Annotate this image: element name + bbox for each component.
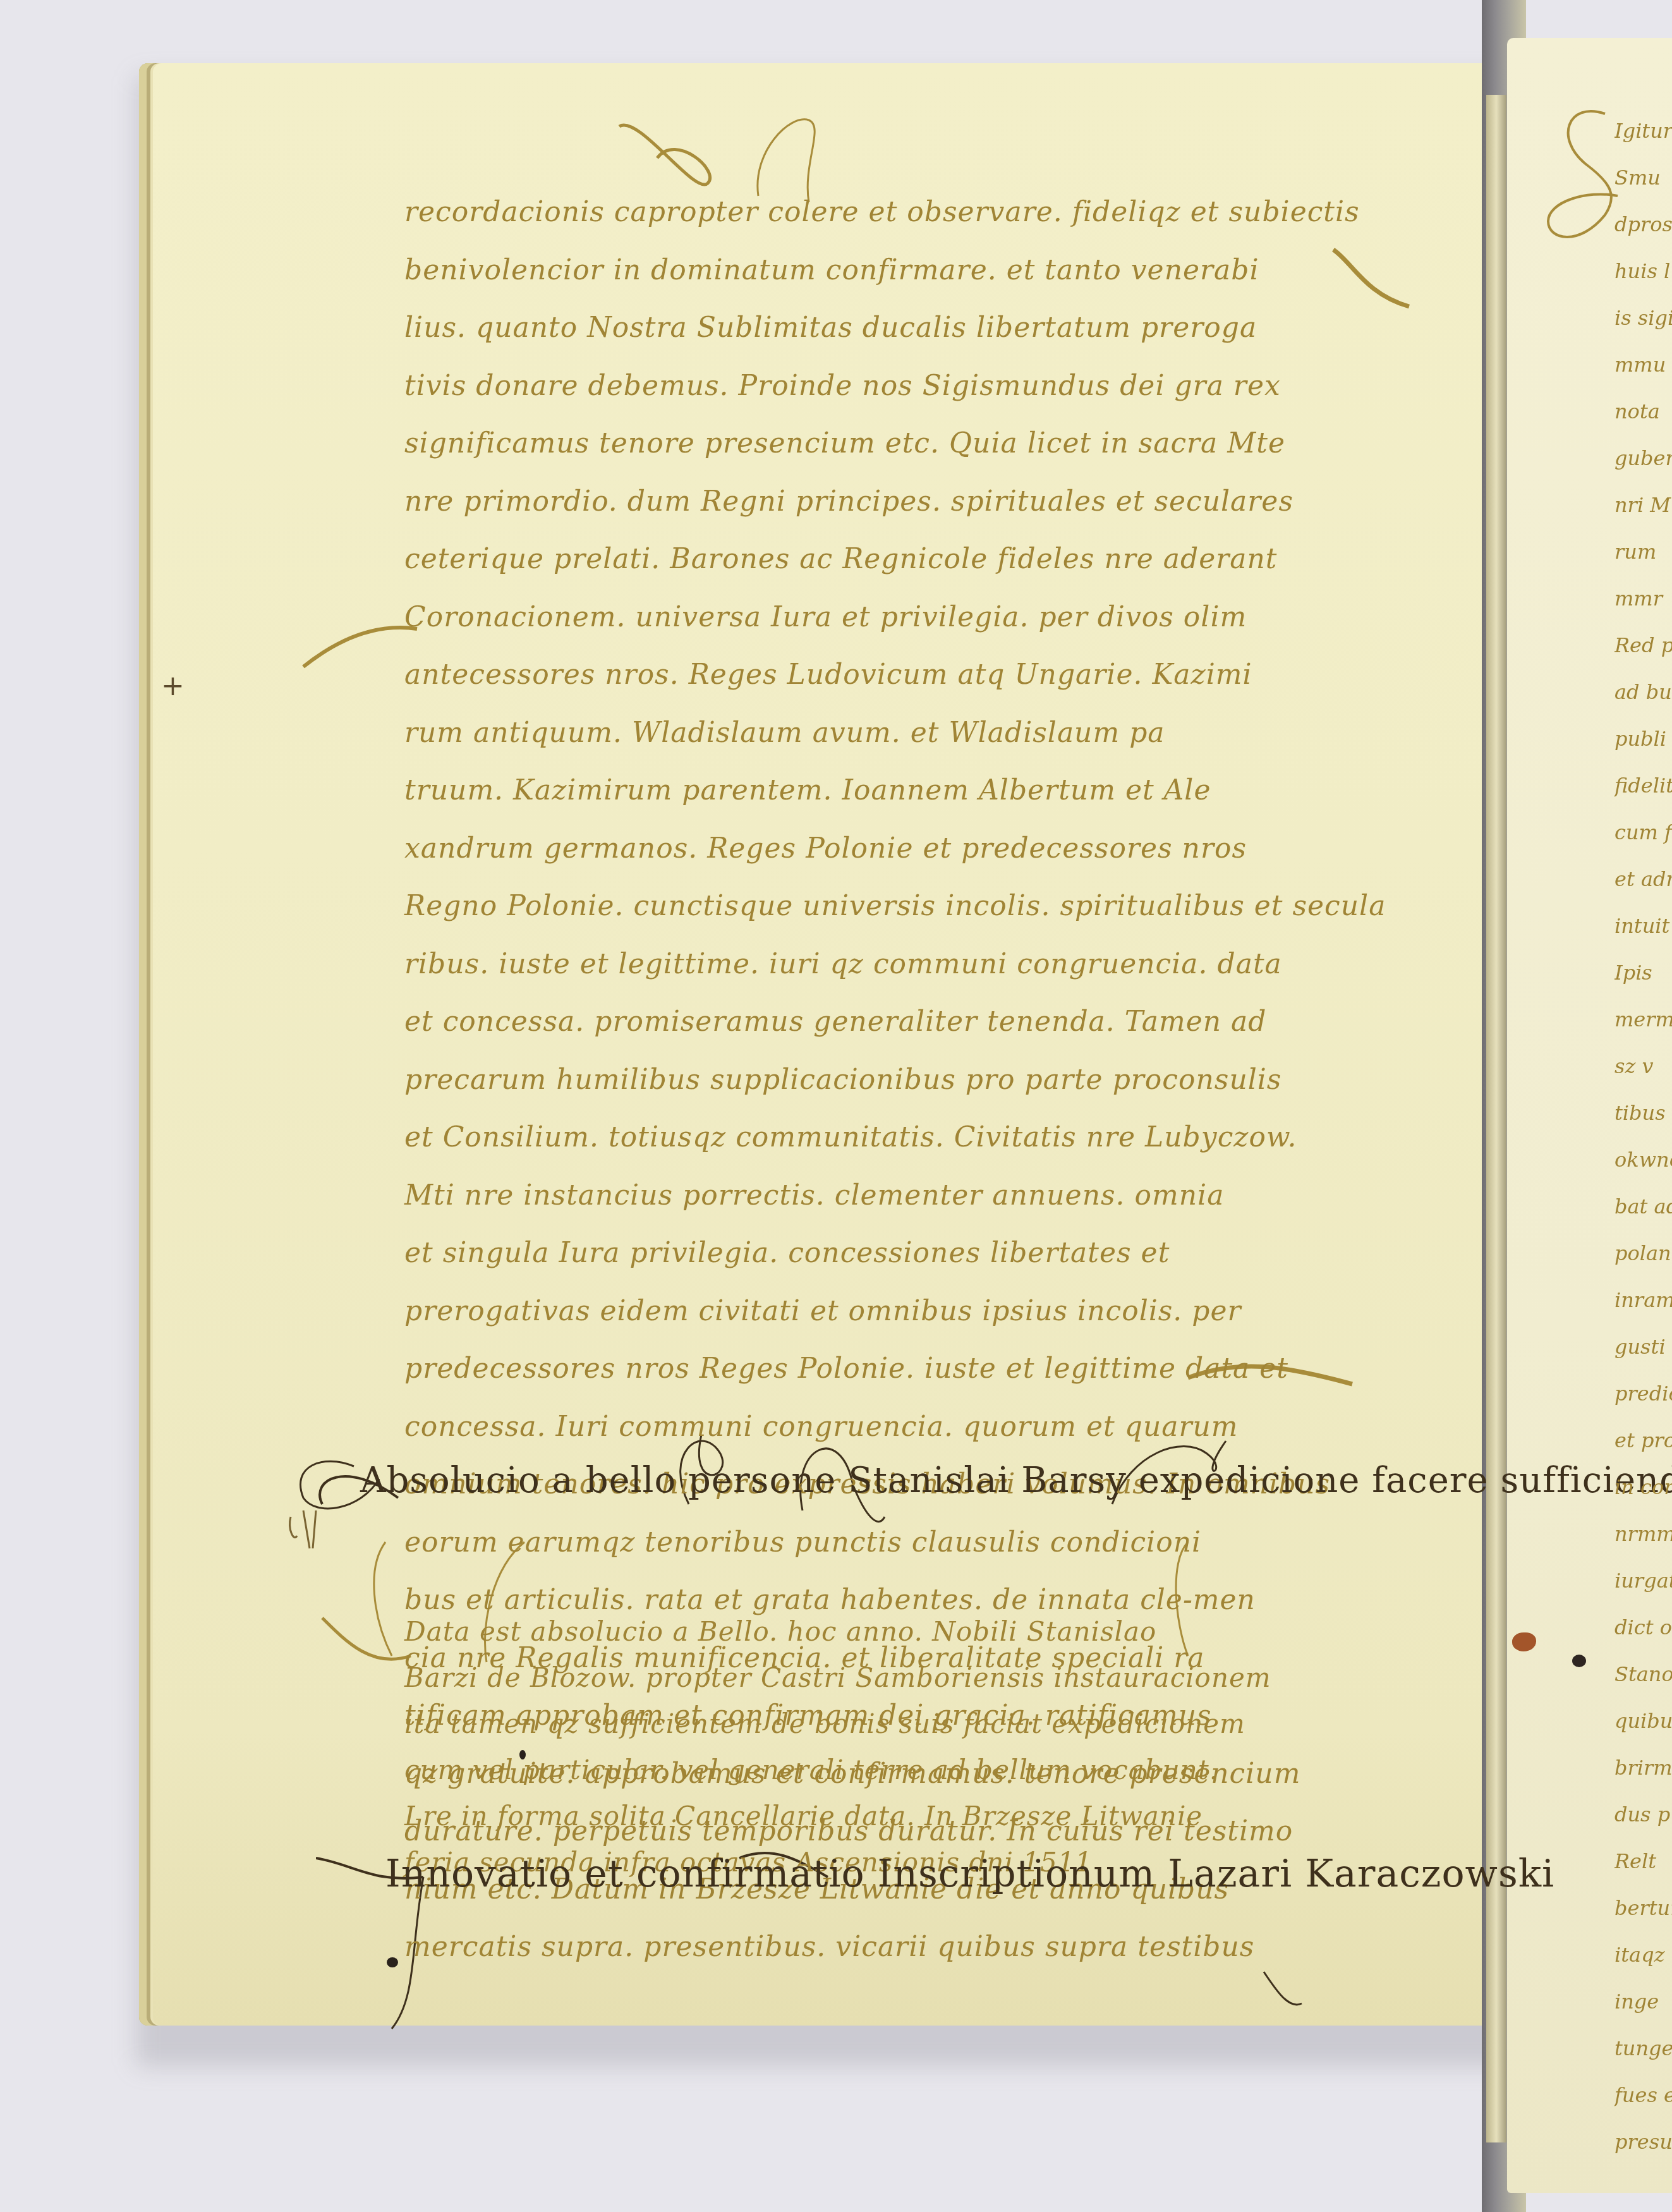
text-line-fragment: polani: [1614, 1230, 1672, 1277]
text-line: Data est absolucio a Bello. hoc anno. No…: [404, 1608, 1390, 1655]
text-line: nre primordio. dum Regni principes. spir…: [404, 473, 1390, 531]
margin-cross-mark: +: [161, 670, 185, 702]
text-line: Barzi de Blozow. propter Castri Samborie…: [404, 1655, 1390, 1701]
text-line-fragment: mmu: [1614, 341, 1672, 388]
text-line: eorum earumqz tenoribus punctis clausuli…: [404, 1514, 1390, 1572]
text-line: Lre in forma solita Cancellarie data. In…: [404, 1793, 1390, 1839]
ink-dot: [519, 1750, 526, 1759]
text-line: et concessa. promiseramus generaliter te…: [404, 993, 1390, 1051]
text-line: significamus tenore presencium etc. Quia…: [404, 415, 1390, 473]
section-heading-innovatio: Innovatio et confirmatio Inscriptionum L…: [385, 1852, 1460, 1896]
absolucio-text-block: Data est absolucio a Bello. hoc anno. No…: [404, 1608, 1390, 1885]
text-line-fragment: inge: [1614, 1978, 1672, 2025]
text-line-fragment: gubern: [1614, 435, 1672, 482]
text-line-fragment: brirm: [1614, 1744, 1672, 1791]
text-line-fragment: rum: [1614, 528, 1672, 575]
text-line-fragment: intuit: [1614, 902, 1672, 949]
text-line-fragment: Relt: [1614, 1838, 1672, 1885]
text-line-fragment: huis l: [1614, 248, 1672, 295]
text-line-fragment: ad bu: [1614, 669, 1672, 715]
text-line: predecessores nros Reges Polonie. iuste …: [404, 1340, 1390, 1398]
text-line: Regno Polonie. cunctisque universis inco…: [404, 877, 1390, 935]
text-line-fragment: nota: [1614, 388, 1672, 435]
text-line-fragment: Smu: [1614, 154, 1672, 201]
text-line: Coronacionem. universa Iura et privilegi…: [404, 588, 1390, 647]
text-line-fragment: Stanon: [1614, 1651, 1672, 1698]
text-line: cum vel particular. vel generali terre a…: [404, 1747, 1390, 1793]
text-line: concessa. Iuri communi congruencia. quor…: [404, 1398, 1390, 1456]
text-line-fragment: publi: [1614, 715, 1672, 762]
text-line-fragment: bat ad: [1614, 1183, 1672, 1230]
text-line: et Consilium. totiusqz communitatis. Civ…: [404, 1109, 1390, 1167]
text-line-fragment: nri M: [1614, 482, 1672, 528]
text-line-fragment: fues e: [1614, 2072, 1672, 2118]
text-line: ribus. iuste et legittime. iuri qz commu…: [404, 935, 1390, 994]
text-line: prerogativas eidem civitati et omnibus i…: [404, 1282, 1390, 1340]
text-line-fragment: tungen: [1614, 2025, 1672, 2072]
text-line: benivolencior in dominatum confirmare. e…: [404, 241, 1390, 300]
text-line-fragment: sz v: [1614, 1043, 1672, 1090]
text-line: recordacionis capropter colere et observ…: [404, 183, 1390, 241]
text-line-fragment: Ipis: [1614, 949, 1672, 996]
text-line: antecessores nros. Reges Ludovicum atq U…: [404, 646, 1390, 704]
text-line-fragment: et adm: [1614, 856, 1672, 902]
text-line: precarum humilibus supplicacionibus pro …: [404, 1051, 1390, 1109]
text-line-fragment: fidelit: [1614, 762, 1672, 809]
text-line-fragment: dprosl: [1614, 201, 1672, 248]
text-line-fragment: merm: [1614, 996, 1672, 1043]
text-line-fragment: et prom: [1614, 1417, 1672, 1464]
text-line-fragment: quibus: [1614, 1698, 1672, 1744]
text-line-fragment: nrmm: [1614, 1510, 1672, 1557]
text-line: ceterique prelati. Barones ac Regnicole …: [404, 530, 1390, 588]
text-line-fragment: gusti: [1614, 1323, 1672, 1370]
text-line: et singula Iura privilegia. concessiones…: [404, 1224, 1390, 1282]
text-line-fragment: predict: [1614, 1370, 1672, 1417]
text-line: xandrum germanos. Reges Polonie et prede…: [404, 820, 1390, 878]
text-line-fragment: itaqz h: [1614, 1931, 1672, 1978]
text-line-fragment: Igitur: [1614, 107, 1672, 154]
text-line-fragment: in corn: [1614, 1464, 1672, 1510]
text-line-fragment: mmr: [1614, 575, 1672, 622]
text-line-fragment: bertum: [1614, 1885, 1672, 1931]
page-edge-strip: [1486, 95, 1506, 2142]
text-line-fragment: dict o: [1614, 1604, 1672, 1651]
text-line: tivis donare debemus. Proinde nos Sigism…: [404, 357, 1390, 415]
ink-dot: [387, 1957, 398, 1967]
text-line-fragment: Red pol: [1614, 622, 1672, 669]
text-line-fragment: okwno: [1614, 1136, 1672, 1183]
text-line-fragment: cum f: [1614, 809, 1672, 856]
right-page-text-column: Igitur Smu dprosl huis l is sigi mmu not…: [1614, 107, 1672, 2165]
text-line: mercatis supra. presentibus. vicarii qui…: [404, 1918, 1390, 1976]
text-line-fragment: dus p: [1614, 1791, 1672, 1838]
text-line: ita tamen qz sufficientem de bonis suis …: [404, 1701, 1390, 1747]
text-line: lius. quanto Nostra Sublimitas ducalis l…: [404, 299, 1390, 357]
text-line-fragment: inram: [1614, 1277, 1672, 1323]
text-line: truum. Kazimirum parentem. Ioannem Alber…: [404, 762, 1390, 820]
text-line-fragment: presum: [1614, 2118, 1672, 2165]
text-line: rum antiquum. Wladislaum avum. et Wladis…: [404, 704, 1390, 762]
text-line-fragment: iurgat: [1614, 1557, 1672, 1604]
text-line: Mti nre instancius porrectis. clementer …: [404, 1167, 1390, 1225]
section-heading-absolucio: Absolucio a bello persone Stanislai Bars…: [360, 1460, 1434, 1501]
text-line-fragment: is sigi: [1614, 295, 1672, 341]
text-line-fragment: tibus: [1614, 1090, 1672, 1136]
ink-blot: [1572, 1655, 1586, 1667]
